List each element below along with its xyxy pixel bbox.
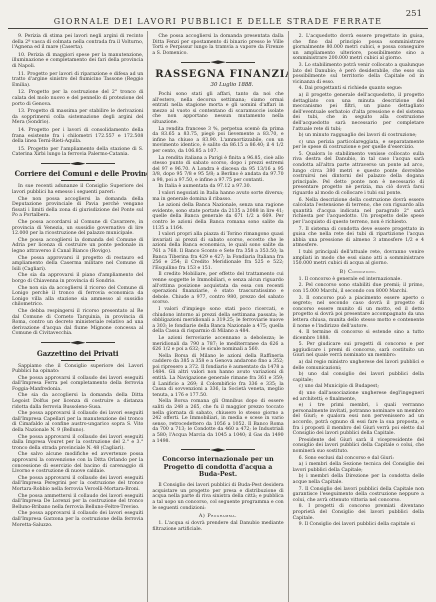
column-left: 9. Perizia di stima pei lavori negli arg… <box>8 31 147 602</box>
paragraph: Che sia da approvarsi il piano d'ampliam… <box>12 273 143 284</box>
paragraph: Che possa approvarsi il collaudo dei lav… <box>12 435 143 452</box>
paragraph: Che possa accogliersi la domanda del Com… <box>12 238 143 255</box>
newspaper-page: GIORNALE DEI LAVORI PUBBLICI E DELLE STR… <box>0 0 436 602</box>
paragraph: 8. I progetti di concorso premiati diven… <box>293 504 424 521</box>
paragraph: 2. L'acquedotto dovrà essere progettato … <box>293 34 424 62</box>
divider-line <box>181 62 210 63</box>
diamond-ornament-icon <box>70 341 86 345</box>
section-divider <box>181 60 255 64</box>
column-right: 2. L'acquedotto dovrà essere progettato … <box>288 31 428 602</box>
paragraph: Che debba respingersi il ricorso present… <box>12 309 143 337</box>
paragraph: Che sia da accogliersi la domanda della … <box>12 393 143 410</box>
list-item: 10. Perizia di maggiori spese per la man… <box>12 53 143 70</box>
list-item: 14. Progetto per i lavori di consolidame… <box>12 128 143 145</box>
paragraph: 5. Per giudicare sui progetti di concors… <box>293 342 424 359</box>
paragraph: Che possa approvarsi il progetto di rest… <box>12 256 143 273</box>
section-title-block: Gazzettino dei Privati <box>12 349 143 361</box>
subsection-title: B) Condizioni. <box>293 269 424 275</box>
paragraph: Che possa approvarsi il collaudo dei lav… <box>12 411 143 433</box>
list-item: 12. Progetto per la costruzione del 2° t… <box>12 90 143 107</box>
paragraph: I valori d'impiego sono stati poco ricer… <box>152 307 283 335</box>
paragraph: 1. Il concorso è generale ed internazion… <box>293 277 424 283</box>
section-title: Gazzettino dei Privati <box>15 349 141 358</box>
column-layout: 9. Perizia di stima pei lavori negli arg… <box>8 31 428 602</box>
paragraph: Che possa accogliersi la domanda present… <box>152 34 283 56</box>
article-title: Concorso internazionale per un Progetto … <box>154 456 281 479</box>
list-item: 15. Progetto per l'ampliamento della sta… <box>12 147 143 158</box>
section-title-block: Corriere dei Comuni e delle Provincie <box>12 169 143 181</box>
divider-line <box>41 163 70 164</box>
paragraph: b) un minuto ragguaglio dei lavori di co… <box>293 133 424 139</box>
list-item: 11. Progetto per lavori di riparazione e… <box>12 72 143 89</box>
divider-line <box>86 163 115 164</box>
dateline: 30 Luglio 1888. <box>180 82 283 88</box>
paragraph: In Italia è aumentata da 97.12 a 97.30. <box>152 184 283 190</box>
paragraph: b) i membri della Direzione per la condo… <box>293 474 424 485</box>
journal-title: GIORNALE DEI LAVORI PUBBLICI E DELLE STR… <box>54 17 383 26</box>
paragraph: 9. Il Consiglio dei lavori pubblici dell… <box>293 522 424 528</box>
paragraph: In sue recenti adunanze il Consiglio Sup… <box>12 184 143 195</box>
paragraph: a) il progetto generale dell'acquedotto,… <box>293 93 424 132</box>
paragraph: Che possa accordarsi al Comune di Cavarz… <box>12 220 143 237</box>
section-divider <box>41 162 115 166</box>
paragraph: Che salvo alcune modifiche ed avvertenze… <box>12 452 143 474</box>
list-item: 9. Perizia di stima pei lavori negli arg… <box>12 34 143 51</box>
paragraph: Che possa approvarsi il collaudo dei lav… <box>12 511 143 528</box>
masthead: GIORNALE DEI LAVORI PUBBLICI E DELLE STR… <box>8 5 428 23</box>
paragraph: e) i tre primi membri, i quali verranno … <box>293 403 424 437</box>
divider-line <box>41 342 70 343</box>
title-underline <box>61 180 95 181</box>
paragraph: Le azioni ferroviarie accennano a debole… <box>152 336 283 353</box>
paragraph: Sappiamo che il Consiglio superiore dei … <box>12 364 143 375</box>
paragraph: La rendita italiana a Parigi è finita a … <box>152 156 283 184</box>
diamond-ornament-icon <box>210 448 226 452</box>
paragraph: 3. Lo stabilimento potrà venir collocato… <box>293 63 424 85</box>
paragraph: Che non possa accogliersi la domanda del… <box>12 197 143 219</box>
section-title: Corriere dei Comuni e delle Provincie <box>15 169 141 178</box>
section-divider <box>41 341 115 345</box>
paragraph: 2. Pel concorso sono stabiliti due premi… <box>293 283 424 294</box>
paragraph: Il credito Mobiliare, per effetto del tr… <box>152 272 283 306</box>
paragraph: Il Consiglio dei lavori pubblici di Buda… <box>152 483 283 511</box>
paragraph: Pochi sono stati gli affari, tanto da no… <box>152 92 283 126</box>
section-title: RASSEGNA FINANZIARIA <box>156 68 281 80</box>
paragraph: 1. L'acqua si dovrà prendere dal Danubio… <box>152 521 283 532</box>
paragraph: Che possa approvarsi il collaudo dei lav… <box>12 476 143 493</box>
paragraph: b) uno dal consiglio dei lavori pubblici… <box>293 372 424 383</box>
paragraph: Che non sia da accogliersi il ricorso de… <box>12 286 143 308</box>
column-middle: Che possa accogliersi la domanda present… <box>147 31 287 602</box>
paragraph: Nella Borsa di Milano le azioni della Ra… <box>152 354 283 399</box>
paragraph: 4. Il termine di concorso si estende sin… <box>293 330 424 341</box>
paragraph: c) uno dal Municipio di Budapest; <box>293 384 424 390</box>
divider-line <box>226 449 255 450</box>
divider-line <box>181 449 210 450</box>
paragraph: a) i membri della Sezione tecnica del Co… <box>293 462 424 473</box>
masthead-rule <box>8 28 428 29</box>
title-underline <box>61 360 95 361</box>
paragraph: Che possa approvarsi il collaudo dei lav… <box>12 376 143 393</box>
paragraph: 7. Il sistema di condotta deve essere pr… <box>293 227 424 249</box>
paragraph: c) una perizia particolareggiata, e sepa… <box>293 140 424 151</box>
paragraph: Che possa ammettersi il collaudo dei lav… <box>12 494 143 511</box>
page-number: 251 <box>406 9 422 19</box>
paragraph: La rendita francese 3 %, perpetua scemò … <box>152 127 283 155</box>
paragraph: Le azioni della Banca Nazionale, senza u… <box>152 203 283 231</box>
paragraph: I tubi principali dell'attuale rete, dov… <box>293 250 424 267</box>
paragraph: 6. Nella descrizione della costruzione d… <box>293 198 424 226</box>
paragraph: 3. Il concorso può a piacimento essere a… <box>293 296 424 330</box>
divider-line <box>226 62 255 63</box>
diamond-ornament-icon <box>210 60 226 64</box>
section-divider <box>181 448 255 452</box>
paragraph: I valori propri alla piazza di Torino ri… <box>152 232 283 271</box>
paragraph: Nella Borsa romana gli Omnibus dopo di e… <box>152 399 283 444</box>
paragraph: 6. Sono esclusi dal concorso e dal Giurì… <box>293 456 424 462</box>
diamond-ornament-icon <box>70 162 86 166</box>
paragraph: 7. Il Consiglio dei lavori pubblici dell… <box>293 487 424 504</box>
list-item: 13. Progetto di massima per stabilire le… <box>12 109 143 126</box>
paragraph: Presidente del Giurì sarà il vicepreside… <box>293 438 424 455</box>
paragraph: 4. Dai progettanti si richiede quanto se… <box>293 86 424 92</box>
subsection-title: A) Programma. <box>152 513 283 519</box>
paragraph: a) dal regio ministro ungherese dei lavo… <box>293 360 424 371</box>
paragraph: I valori negoziati in Italia hanno avuto… <box>152 191 283 202</box>
paragraph: 5. Qualora lo stabilimento venisse collo… <box>293 152 424 197</box>
divider-line <box>86 342 115 343</box>
paragraph: d) uno dall'associazione ungherese degl'… <box>293 391 424 402</box>
